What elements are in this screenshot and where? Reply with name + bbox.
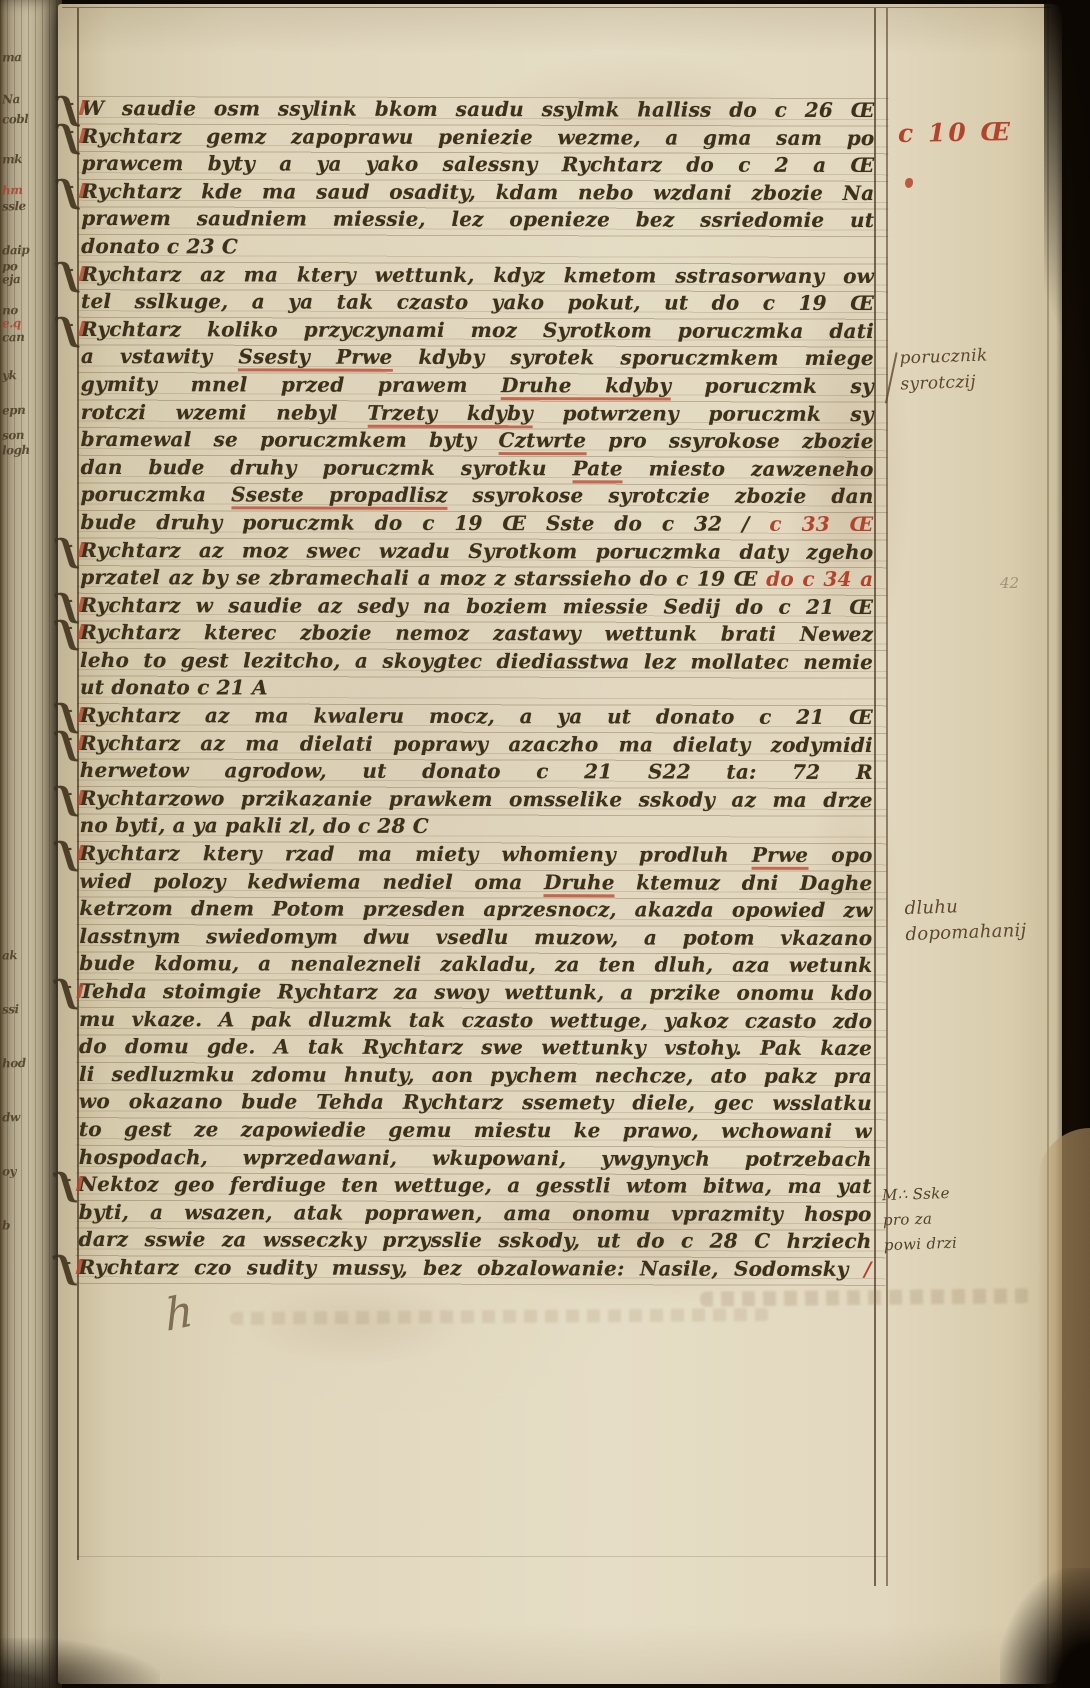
manuscript-line: Rychtarz az ma ktery wettunk, kdyz kmeto… — [81, 262, 874, 292]
folio-number: 42 — [1000, 574, 1019, 592]
manuscript-line: Rychtarz az moz swec wzadu Syrotkom poru… — [80, 537, 873, 567]
manuscript-line: li sedluzmku zdomu hnuty, aon pychem nec… — [79, 1062, 872, 1092]
photo-corner-bottom-left — [0, 1638, 160, 1688]
right-rule-line-outer — [886, 8, 888, 1586]
manuscript-line: bramewal se poruczmkem byty Cztwrte pro … — [81, 427, 874, 457]
page-edge-text-fragment: son — [2, 427, 42, 442]
red-chapter-reference: c 10 Œ — [898, 117, 1013, 148]
page-edge-text-fragment: eja — [2, 271, 42, 286]
manuscript-line: Rychtarz gemz zapoprawu peniezie wezme, … — [81, 124, 874, 154]
page-edge-text-fragment: yk — [2, 367, 42, 382]
manuscript-line: Rychtarz ktery rzad ma miety whomieny pr… — [80, 841, 873, 871]
manuscript-line: donato c 23 C — [81, 234, 874, 264]
page-edge-text-fragment: b — [2, 1217, 42, 1232]
manuscript-line: Rychtarz czo sudity mussy, bez obzalowan… — [78, 1255, 871, 1285]
red-flourish: / — [864, 1257, 872, 1281]
manuscript-line: ketrzom dnem Potom przesden aprzesnocz, … — [79, 896, 872, 926]
manuscript-line: przatel az by se zbramechali a moz z sta… — [80, 565, 873, 595]
manuscript-line: mu vkaze. A pak dluzmk tak czasto wettug… — [79, 1007, 872, 1037]
red-underlined-text: Trzety kdyby — [367, 400, 533, 427]
manuscript-line: ut donato c 21 A — [80, 675, 873, 705]
manuscript-line: to gest ze zapowiedie gemu miestu ke pra… — [79, 1117, 872, 1147]
margin-note-line: dopomahanij — [905, 918, 1027, 948]
red-underlined-text: Prwe — [752, 843, 808, 870]
page-edge-text-fragment: hm — [2, 182, 42, 197]
red-ink-text: c 33 Œ — [769, 512, 873, 536]
manuscript-line: poruczmka Sseste propadlisz ssyrokose sy… — [80, 482, 873, 512]
red-ink-text: do c 34 a — [766, 567, 873, 591]
manuscript-line: byti, a wsazen, atak poprawen, ama onomu… — [79, 1200, 872, 1230]
manuscript-line: rotczi wzemi nebyl Trzety kdyby potwrzen… — [81, 399, 874, 429]
margin-note-line: M∴ Sske — [882, 1181, 956, 1209]
top-frame-line — [62, 7, 1052, 8]
margin-note-line: porucznik — [899, 342, 988, 371]
manuscript-line: tel sslkuge, a ya tak czasto yako pokut,… — [81, 289, 874, 319]
red-underlined-text: Ssesty Prwe — [238, 345, 392, 372]
page-edge-text-fragment: epn — [2, 402, 42, 417]
manuscript-line: prawcem byty a ya yako salessny Rychtarz… — [81, 151, 874, 181]
manuscript-line: do domu gde. A tak Rychtarz swe wettunky… — [79, 1034, 872, 1064]
manuscript-line: Rychtarz kde ma saud osadity, kdam nebo … — [81, 179, 874, 209]
manuscript-line: Rychtarz w saudie az sedy na boziem mies… — [80, 593, 873, 623]
manuscript-line: Rychtarzowo przikazanie prawkem omsselik… — [80, 786, 873, 816]
manuscript-line: Tehda stoimgie Rychtarz za swoy wettunk,… — [79, 979, 872, 1009]
manuscript-line: leho to gest lezitcho, a skoygtec diedia… — [80, 648, 873, 678]
page-edge-text-fragment: cobl — [2, 111, 42, 126]
manuscript-line: wo okazano bude Tehda Rychtarz ssemety d… — [79, 1089, 872, 1119]
manuscript-line: lasstnym swiedomym dwu vsedlu muzow, a p… — [79, 924, 872, 954]
manuscript-line: Rychtarz koliko przyczynami moz Syrotkom… — [81, 317, 874, 347]
page-edge-text-fragment: can — [2, 329, 42, 344]
left-rule-line — [77, 8, 79, 1560]
red-underlined-text: Druhe — [544, 870, 615, 897]
red-underlined-text: Sseste propadlisz — [231, 483, 447, 511]
page-edge-text-fragment: ssi — [2, 1001, 42, 1016]
right-rule-line-inner — [874, 8, 876, 1586]
page-edge-text-fragment: ak — [2, 947, 42, 962]
manuscript-line: bude druhy poruczmk do c 19 Œ Sste do c … — [80, 510, 873, 540]
manuscript-line: Rychtarz kterec zbozie nemoz zastawy wet… — [80, 620, 873, 650]
pen-trial-mark: h — [164, 1285, 195, 1342]
manuscript-line: Rychtarz az ma kwaleru mocz, a ya ut don… — [80, 703, 873, 733]
page-edge-text-fragment: ma — [2, 49, 42, 64]
manuscript-line: hospodach, wprzedawani, wkupowani, ywgyn… — [79, 1145, 872, 1175]
bottom-frame-line — [77, 1556, 887, 1557]
margin-note-line: powi drzi — [883, 1231, 957, 1259]
manuscript-line: bude kdomu, a nenalezneli zakladu, za te… — [79, 951, 872, 981]
manuscript-line: gymity mnel przed prawem Druhe kdyby por… — [81, 372, 874, 402]
page-edge-text-fragment: logh — [2, 442, 42, 457]
manuscript-line: a vstawity Ssesty Prwe kdyby syrotek spo… — [81, 344, 874, 374]
page-edge-text-fragment: oy — [2, 1163, 42, 1178]
margin-note-orphans: porucznik syrotczij — [899, 342, 989, 397]
manuscript-line: prawem saudniem miessie, lez openieze be… — [81, 206, 874, 236]
page-edge-text-fragment: dw — [2, 1109, 42, 1124]
page-edge-text-fragment: Na — [2, 91, 42, 106]
text-block: W saudie osm ssylink bkom saudu ssylmk h… — [78, 96, 874, 1285]
manuscript-line: herwetow agrodow, ut donato c 21 S22 ta:… — [80, 758, 873, 788]
page-edge-text-fragment: hod — [2, 1055, 42, 1070]
book-gutter-page-edges: maNacoblmkhmssledaippoejanoe.qcanykepnso… — [0, 0, 62, 1688]
page-edge-text-fragment: daip — [2, 242, 42, 257]
page-edge-text-fragment: ssle — [2, 198, 42, 213]
manuscript-photo: maNacoblmkhmssledaippoejanoe.qcanykepnso… — [0, 0, 1090, 1688]
photo-corner-top-right — [1044, 0, 1090, 430]
page-edge-text-fragment: e.q — [2, 315, 42, 330]
manuscript-line: no byti, a ya pakli zl, do c 28 C — [80, 813, 873, 843]
red-underlined-text: Druhe kdyby — [501, 373, 671, 400]
page-edge-text-fragment: mk — [2, 151, 42, 166]
manuscript-line: Rychtarz az ma dielati poprawy azaczho m… — [80, 731, 873, 761]
manuscript-line: Nektoz geo ferdiuge ten wettuge, a gesst… — [79, 1172, 872, 1202]
red-underlined-text: Cztwrte — [498, 428, 586, 455]
margin-note-line: syrotczij — [900, 368, 989, 397]
photo-corner-bottom-right — [1000, 1568, 1090, 1688]
manuscript-line: wied polozy kedwiema nediel oma Druhe kt… — [79, 869, 872, 899]
margin-note-debt: dluhu dopomahanij — [904, 892, 1027, 948]
manuscript-line: W saudie osm ssylink bkom saudu ssylmk h… — [81, 96, 874, 126]
red-underlined-text: Pate — [573, 456, 623, 483]
margin-note-line: pro za — [883, 1206, 957, 1234]
manuscript-line: dan bude druhy poruczmk syrotku Pate mie… — [81, 455, 874, 485]
margin-note-memo: M∴ Sske pro za powi drzi — [882, 1181, 958, 1259]
manuscript-line: darz sswie za wsseczky przysslie sskody,… — [79, 1227, 872, 1257]
